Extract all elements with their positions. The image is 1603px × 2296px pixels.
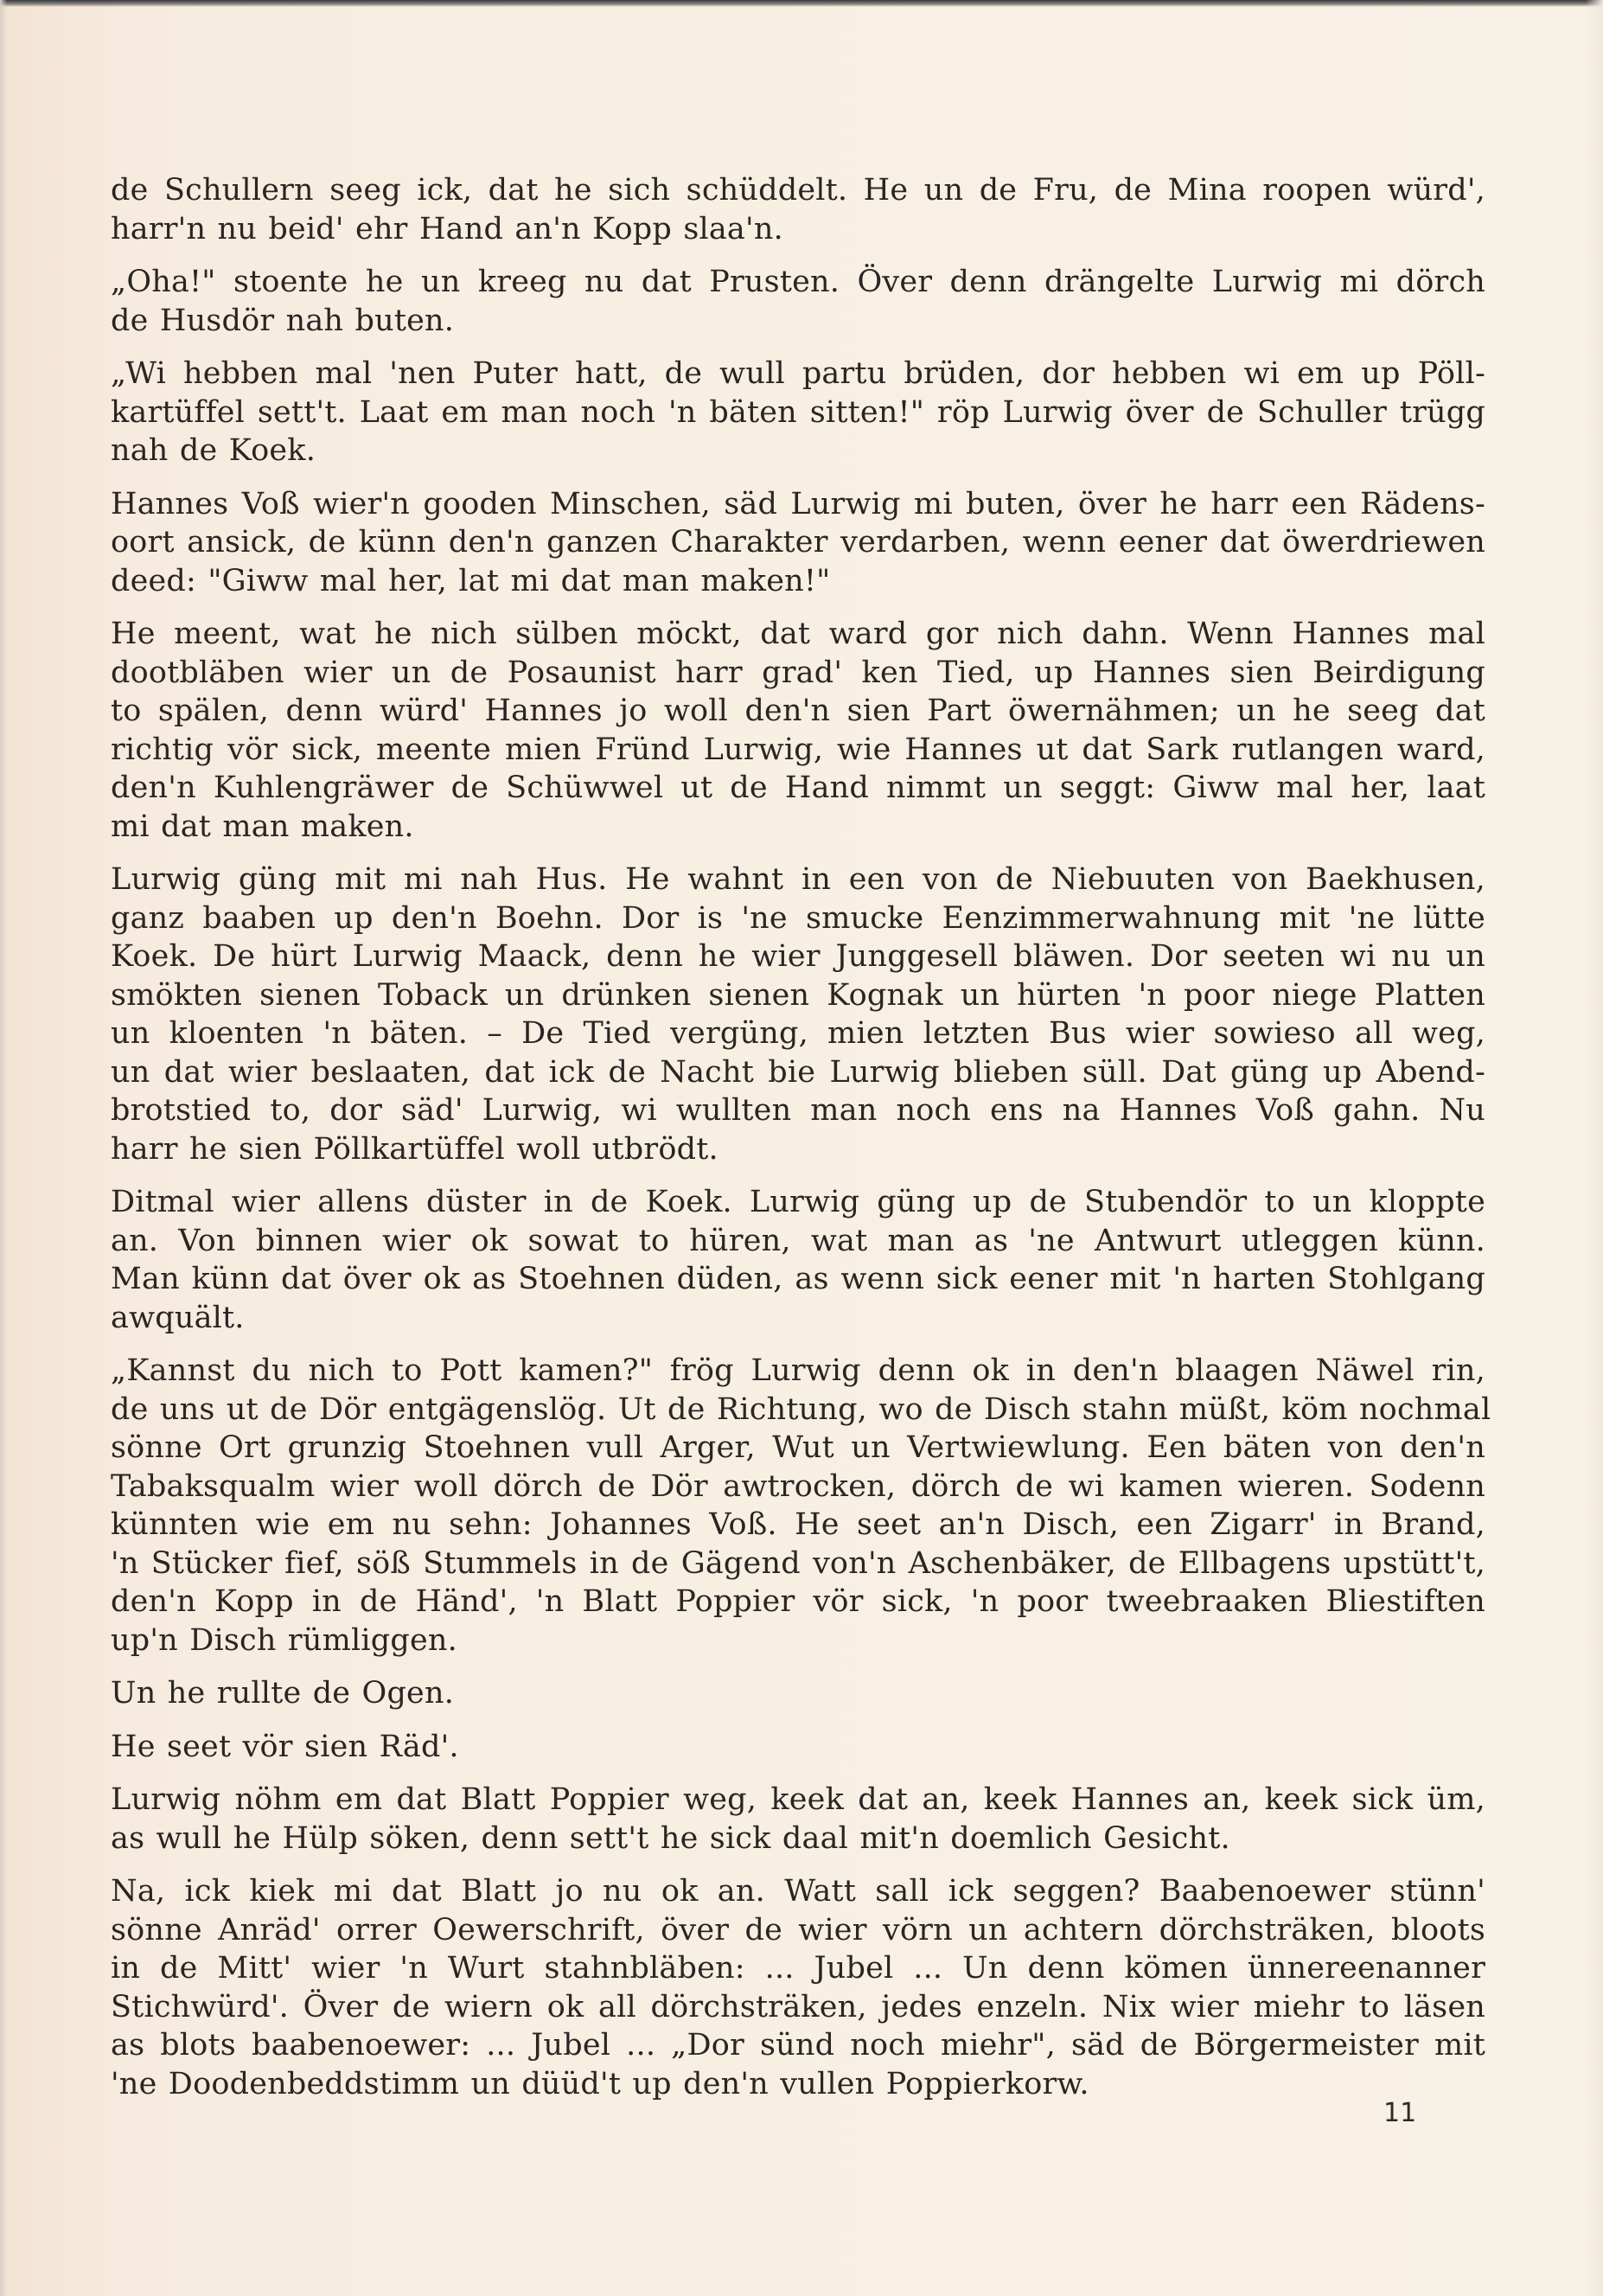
text-line: Man künn dat över ok as Stoehnen düden, … (111, 1260, 1485, 1299)
text-line: harr he sien Pöllkartüffel woll utbrödt. (111, 1130, 1485, 1169)
text-line: an. Von binnen wier ok sowat to hüren, w… (111, 1222, 1485, 1261)
text-line: „Wi hebben mal 'nen Puter hatt, de wull … (111, 355, 1485, 393)
text-line: „Kannst du nich to Pott kamen?" frög Lur… (111, 1352, 1485, 1391)
text-line: de uns ut de Dör entgägenslög. Ut de Ric… (111, 1391, 1485, 1429)
text-line: künnten wie em nu sehn: Johannes Voß. He… (111, 1506, 1485, 1545)
text-line: dootbläben wier un de Posaunist harr gra… (111, 654, 1485, 693)
paragraph: „Kannst du nich to Pott kamen?" frög Lur… (111, 1352, 1485, 1660)
text-line: 'ne Doodenbeddstimm un düüd't up den'n v… (111, 2065, 1485, 2104)
text-line: 'n Stücker fief, söß Stummels in de Gäge… (111, 1545, 1485, 1583)
text-line: Lurwig güng mit mi nah Hus. He wahnt in … (111, 860, 1485, 899)
text-line: mi dat man maken. (111, 808, 1485, 847)
text-line: den'n Kuhlengräwer de Schüwwel ut de Han… (111, 769, 1485, 808)
page-right-shadow (1586, 0, 1603, 2296)
paragraph: Lurwig güng mit mi nah Hus. He wahnt in … (111, 860, 1485, 1168)
paragraph: He seet vör sien Räd'. (111, 1728, 1485, 1767)
text-line: ganz baaben up den'n Boehn. Dor is 'ne s… (111, 899, 1485, 938)
text-line: „Oha!" stoente he un kreeg nu dat Pruste… (111, 263, 1485, 302)
text-line: awquält. (111, 1299, 1485, 1338)
paragraph: „Oha!" stoente he un kreeg nu dat Pruste… (111, 263, 1485, 340)
text-line: richtig vör sick, meente mien Fründ Lurw… (111, 731, 1485, 770)
paragraph: de Schullern seeg ick, dat he sich schüd… (111, 171, 1485, 248)
text-line: de Schullern seeg ick, dat he sich schüd… (111, 171, 1485, 210)
text-line: up'n Disch rümliggen. (111, 1621, 1485, 1660)
text-line: He meent, wat he nich sülben möckt, dat … (111, 615, 1485, 654)
page-left-edge (0, 0, 7, 2296)
text-line: deed: "Giww mal her, lat mi dat man make… (111, 562, 1485, 601)
text-line: un dat wier beslaaten, dat ick de Nacht … (111, 1053, 1485, 1092)
text-line: Ditmal wier allens düster in de Koek. Lu… (111, 1183, 1485, 1222)
text-line: sönne Anräd' orrer Oewerschrift, över de… (111, 1911, 1485, 1950)
text-line: Un he rullte de Ogen. (111, 1674, 1485, 1713)
text-line: Stichwürd'. Över de wiern ok all dörchst… (111, 1988, 1485, 2027)
text-line: Lurwig nöhm em dat Blatt Poppier weg, ke… (111, 1781, 1485, 1820)
text-line: kartüffel sett't. Laat em man noch 'n bä… (111, 393, 1485, 432)
text-line: He seet vör sien Räd'. (111, 1728, 1485, 1767)
text-line: Na, ick kiek mi dat Blatt jo nu ok an. W… (111, 1872, 1485, 1911)
text-line: Tabaksqualm wier woll dörch de Dör awtro… (111, 1468, 1485, 1506)
paragraph: Un he rullte de Ogen. (111, 1674, 1485, 1713)
paragraph: He meent, wat he nich sülben möckt, dat … (111, 615, 1485, 846)
text-line: smökten sienen Toback un drünken sienen … (111, 976, 1485, 1015)
text-line: to spälen, denn würd' Hannes jo woll den… (111, 692, 1485, 731)
text-line: Koek. De hürt Lurwig Maack, denn he wier… (111, 937, 1485, 976)
text-line: Hannes Voß wier'n gooden Minschen, säd L… (111, 485, 1485, 524)
text-line: sönne Ort grunzig Stoehnen vull Arger, W… (111, 1429, 1485, 1468)
paragraph: Hannes Voß wier'n gooden Minschen, säd L… (111, 485, 1485, 601)
page-top-edge (0, 0, 1603, 7)
paragraph: Na, ick kiek mi dat Blatt jo nu ok an. W… (111, 1872, 1485, 2103)
text-line: as wull he Hülp söken, denn sett't he si… (111, 1820, 1485, 1858)
scanned-book-page: de Schullern seeg ick, dat he sich schüd… (0, 0, 1603, 2296)
text-line: oort ansick, de künn den'n ganzen Charak… (111, 523, 1485, 562)
text-line: nah de Koek. (111, 432, 1485, 470)
body-text: de Schullern seeg ick, dat he sich schüd… (111, 171, 1485, 2118)
text-line: harr'n nu beid' ehr Hand an'n Kopp slaa'… (111, 210, 1485, 249)
text-line: un kloenten 'n bäten. – De Tied vergüng,… (111, 1014, 1485, 1053)
text-line: in de Mitt' wier 'n Wurt stahnbläben: ..… (111, 1949, 1485, 1988)
paragraph: „Wi hebben mal 'nen Puter hatt, de wull … (111, 355, 1485, 470)
page-number: 11 (1383, 2098, 1416, 2128)
paragraph: Lurwig nöhm em dat Blatt Poppier weg, ke… (111, 1781, 1485, 1858)
text-line: de Husdör nah buten. (111, 302, 1485, 341)
paragraph: Ditmal wier allens düster in de Koek. Lu… (111, 1183, 1485, 1337)
text-line: den'n Kopp in de Händ', 'n Blatt Poppier… (111, 1583, 1485, 1621)
text-line: as blots baabenoewer: ... Jubel ... „Dor… (111, 2026, 1485, 2065)
text-line: brotstied to, dor säd' Lurwig, wi wullte… (111, 1091, 1485, 1130)
